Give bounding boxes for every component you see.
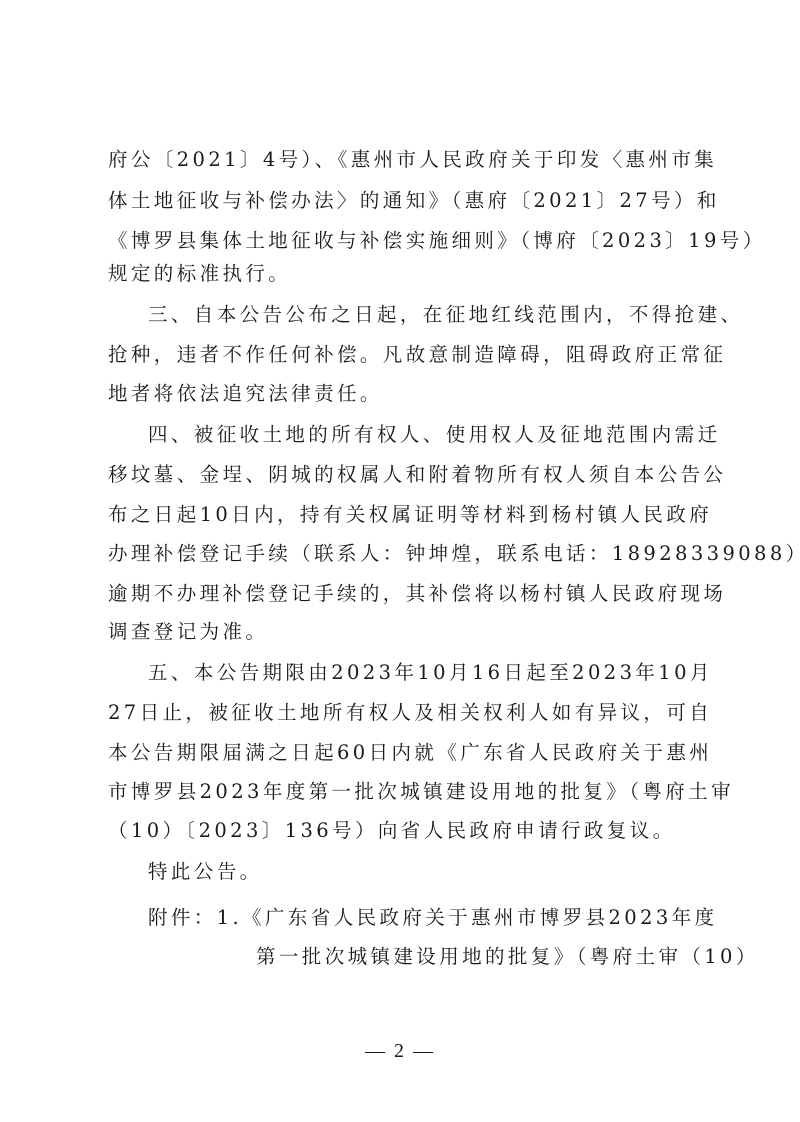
paragraph-line: 规定的标准执行。 [108, 262, 698, 286]
paragraph-line: 27日止，被征收土地所有权人及相关权利人如有异议，可自 [108, 701, 698, 725]
paragraph-line: 三、自本公告公布之日起，在征地红线范围内，不得抢建、 [148, 303, 698, 327]
paragraph-line: 《博罗县集体土地征收与补偿实施细则》（博府〔2023〕19号） [108, 229, 698, 253]
page-number: — 2 — [0, 1040, 800, 1063]
attachment-line-1: 附件：1.《广东省人民政府关于惠州市博罗县2023年度 [148, 906, 698, 930]
paragraph-line: 移坟墓、金埕、阴城的权属人和附着物所有权人须自本公告公 [108, 463, 698, 487]
paragraph-line: 调查登记为准。 [108, 620, 698, 644]
paragraph-line: 体土地征收与补偿办法〉的通知》（惠府〔2021〕27号）和 [108, 189, 698, 213]
paragraph-line: 办理补偿登记手续（联系人：钟坤煌，联系电话：18928339088）， [108, 542, 698, 566]
paragraph-line: 抢种，违者不作任何补偿。凡故意制造障碍，阻碍政府正常征 [108, 343, 698, 367]
paragraph-line: 市博罗县2023年度第一批次城镇建设用地的批复》（粤府土审 [108, 780, 698, 804]
document-page: 府公〔2021〕4号）、《惠州市人民政府关于印发〈惠州市集体土地征收与补偿办法〉… [0, 0, 800, 1122]
paragraph-line: 四、被征收土地的所有权人、使用权人及征地范围内需迁 [148, 423, 698, 447]
paragraph-line: （10）〔2023〕136号）向省人民政府申请行政复议。 [108, 819, 698, 843]
paragraph-line: 府公〔2021〕4号）、《惠州市人民政府关于印发〈惠州市集 [108, 148, 698, 172]
attachment-line-2: 第一批次城镇建设用地的批复》（粤府土审（10） [256, 945, 698, 969]
paragraph-line: 地者将依法追究法律责任。 [108, 382, 698, 406]
paragraph-line: 布之日起10日内，持有关权属证明等材料到杨村镇人民政府 [108, 503, 698, 527]
paragraph-line: 五、本公告期限由2023年10月16日起至2023年10月 [148, 661, 698, 685]
paragraph-line: 特此公告。 [148, 860, 698, 884]
paragraph-line: 本公告期限届满之日起60日内就《广东省人民政府关于惠州 [108, 741, 698, 765]
paragraph-line: 逾期不办理补偿登记手续的，其补偿将以杨村镇人民政府现场 [108, 582, 698, 606]
